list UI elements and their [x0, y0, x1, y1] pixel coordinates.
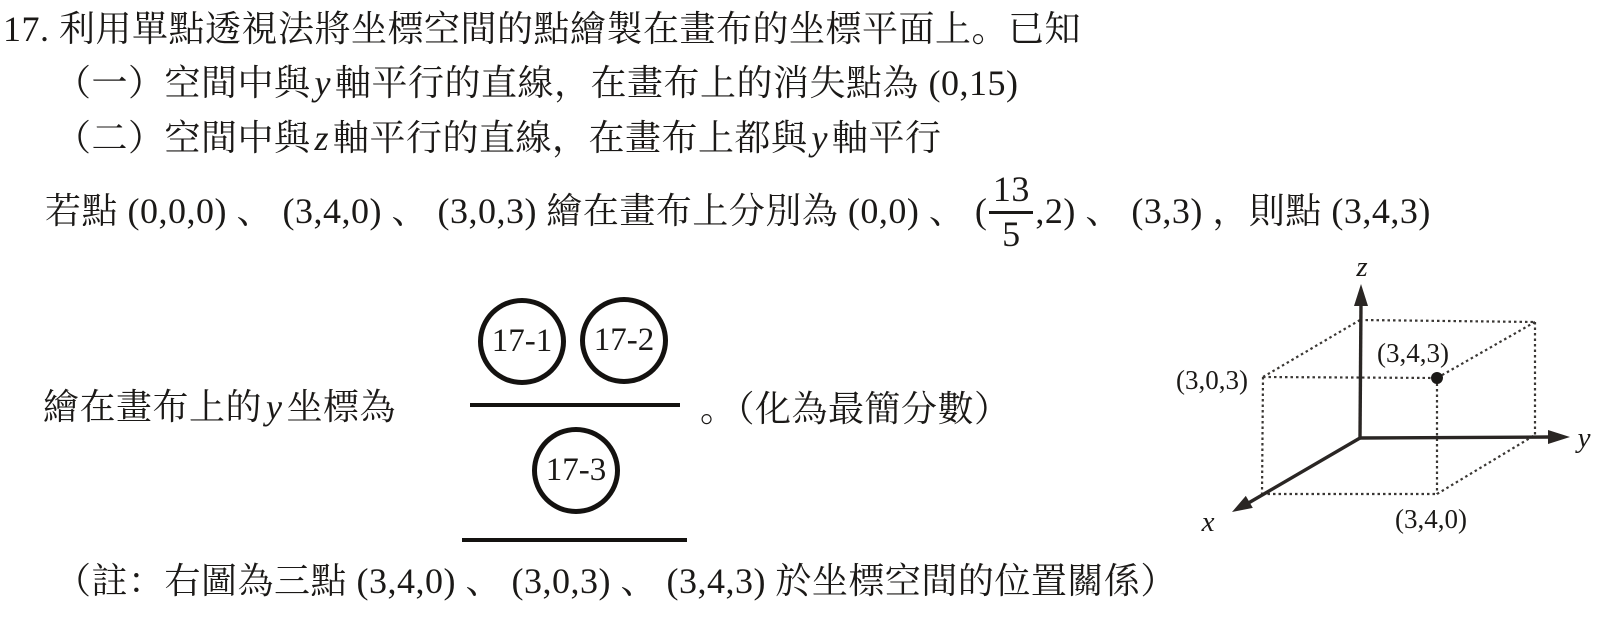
edge-bottom-right	[1437, 435, 1535, 494]
y-axis	[1360, 437, 1552, 438]
answer-suffix-text: 。（化為最簡分數）	[700, 389, 1011, 429]
answer-sentence: 繪在畫布上的y坐標為	[43, 386, 396, 429]
var-y2: y	[808, 118, 832, 158]
note-text: （註：右圖為三點 (3,4,0) 、 (3,0,3) 、 (3,4,3) 於坐標…	[55, 561, 1177, 601]
answer-pre: 繪在畫布上的	[43, 387, 262, 427]
answer-blank-17-3: 17-3	[532, 427, 620, 514]
edge-top-back	[1360, 320, 1535, 322]
edge-top-right	[1437, 322, 1535, 378]
fraction-numerator: 13	[993, 171, 1030, 208]
y-axis-label: y	[1575, 422, 1591, 454]
point-343-label: (3,4,3)	[1377, 338, 1449, 368]
condition-1-pre: （一）空間中與	[55, 63, 311, 103]
condition-2-pre: （二）空間中與	[55, 118, 311, 158]
condition-1-post: 軸平行的直線，在畫布上的消失點為 (0,15)	[335, 63, 1018, 103]
z-axis-label: z	[1355, 251, 1367, 283]
condition-2-post: 軸平行	[832, 118, 942, 158]
answer-blank-17-1-label: 17-1	[492, 323, 553, 360]
note-line: （註：右圖為三點 (3,4,0) 、 (3,0,3) 、 (3,4,3) 於坐標…	[55, 560, 1177, 603]
problem-line-intro: 17. 利用單點透視法將坐標空間的點繪製在畫布的坐標平面上。已知	[3, 8, 1081, 51]
edge-top-left	[1263, 320, 1360, 377]
axes	[1232, 284, 1570, 512]
coordinate-space-diagram: z y x (3,0,3) (3,4,3) (3,4,0)	[1150, 250, 1598, 540]
z-axis	[1360, 302, 1361, 438]
problem-number: 17.	[3, 9, 50, 49]
answer-blank-17-3-label: 17-3	[546, 452, 607, 489]
y-axis-arrowhead	[1548, 430, 1570, 444]
answer-post: 坐標為	[287, 387, 397, 427]
point-303-label: (3,0,3)	[1176, 365, 1248, 395]
given-pre: 若點 (0,0,0) 、 (3,4,0) 、 (3,0,3) 繪在畫布上分別為 …	[45, 190, 987, 233]
edge-top-front	[1263, 377, 1437, 378]
answer-blank-17-1: 17-1	[478, 298, 566, 385]
answer-blank-17-2: 17-2	[580, 297, 668, 384]
condition-2-mid: 軸平行的直線，在畫布上都與	[333, 118, 808, 158]
given-points-line: 若點 (0,0,0) 、 (3,4,0) 、 (3,0,3) 繪在畫布上分別為 …	[45, 168, 1431, 256]
x-axis-arrowhead	[1232, 496, 1253, 512]
condition-1: （一）空間中與y軸平行的直線，在畫布上的消失點為 (0,15)	[55, 62, 1018, 105]
answer-fraction-bar	[470, 403, 680, 407]
answer-blank-17-2-label: 17-2	[594, 322, 655, 359]
x-axis-label: x	[1201, 506, 1215, 538]
edge-left-vertical	[1262, 377, 1263, 494]
point-343-dot	[1431, 372, 1443, 384]
fraction-13-5: 135	[989, 171, 1033, 254]
condition-2: （二）空間中與z軸平行的直線，在畫布上都與y軸平行	[55, 117, 942, 160]
problem-intro-text: 利用單點透視法將坐標空間的點繪製在畫布的坐標平面上。已知	[59, 9, 1081, 49]
point-340-label: (3,4,0)	[1395, 504, 1467, 534]
answer-suffix: 。（化為最簡分數）	[700, 388, 1011, 431]
given-post: ,2) 、 (3,3) ，則點 (3,4,3)	[1035, 190, 1430, 233]
answer-underline	[462, 538, 687, 542]
z-axis-arrowhead	[1354, 284, 1368, 306]
var-z: z	[311, 118, 334, 158]
var-y3: y	[262, 387, 286, 427]
fraction-denominator: 5	[1002, 216, 1021, 253]
var-y: y	[311, 63, 335, 103]
